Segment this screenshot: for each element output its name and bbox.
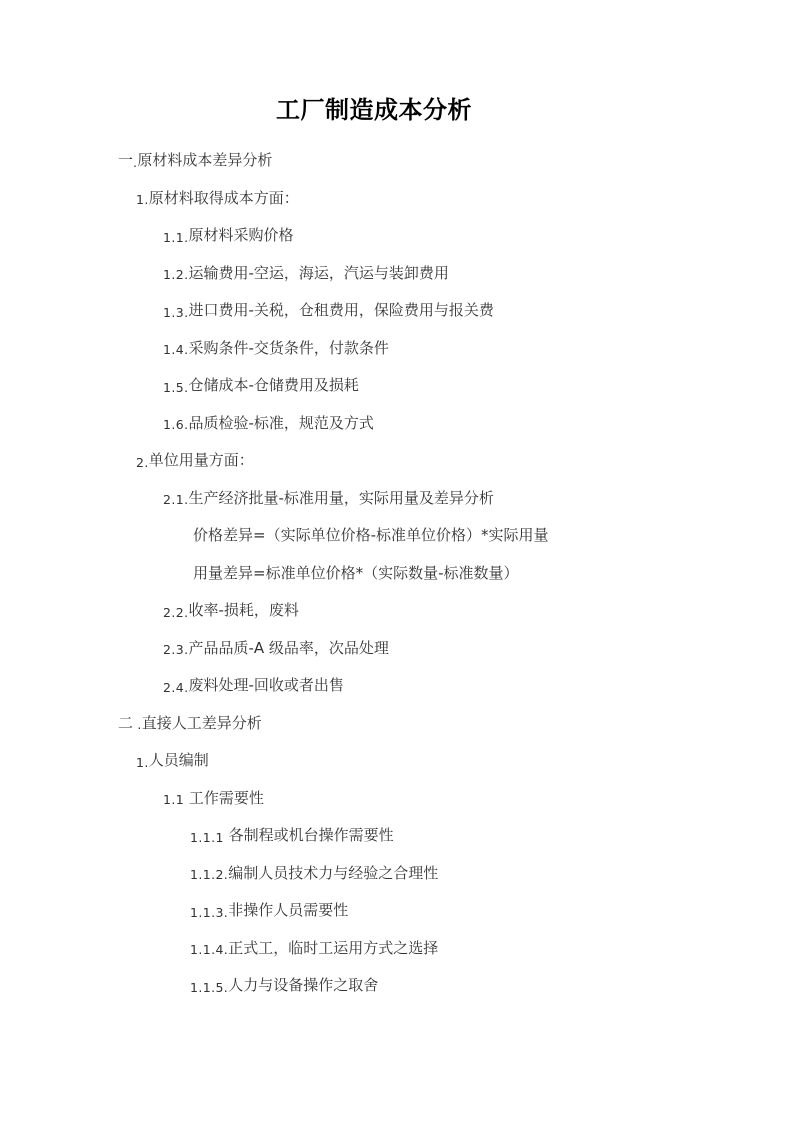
item-text: 非操作人员需要性 bbox=[228, 901, 348, 919]
item-number: 1.1.3. bbox=[190, 905, 228, 920]
outline-item: 2.4.废料处理-回收或者出售 bbox=[163, 677, 344, 694]
item-text: 编制人员技术力与经验之合理性 bbox=[228, 864, 438, 882]
item-text: 用量差异=标准单位价格*（实际数量-标准数量） bbox=[193, 564, 518, 582]
item-text: 工作需要性 bbox=[184, 789, 264, 807]
item-number: 1.1.4. bbox=[190, 942, 228, 957]
item-number: . bbox=[133, 717, 142, 732]
item-text: 人力与设备操作之取舍 bbox=[228, 976, 378, 994]
item-number: 1. bbox=[136, 755, 149, 770]
item-number: 1.3. bbox=[163, 305, 188, 320]
item-number: . bbox=[133, 155, 137, 170]
item-number: 1.1.1 bbox=[190, 830, 224, 845]
item-number: 2.2. bbox=[163, 605, 188, 620]
item-text: 原材料成本差异分析 bbox=[137, 151, 272, 169]
item-number: 1.1.2. bbox=[190, 867, 228, 882]
item-text: 价格差异=（实际单位价格-标准单位价格）*实际用量 bbox=[193, 526, 548, 544]
item-number-cjk: 二 bbox=[118, 714, 133, 732]
item-number: 2.4. bbox=[163, 680, 188, 695]
item-text: 进口费用-关税，仓租费用，保险费用与报关费 bbox=[188, 301, 493, 319]
outline-item: 1.5.仓储成本-仓储费用及损耗 bbox=[163, 377, 359, 394]
outline-item: 二 .直接人工差异分析 bbox=[118, 715, 262, 732]
outline-item: 2.3.产品品质-A 级品率，次品处理 bbox=[163, 640, 389, 657]
item-number: 2. bbox=[136, 455, 149, 470]
outline-item: 1.6.品质检验-标准，规范及方式 bbox=[163, 415, 374, 432]
item-number: 1.1 bbox=[163, 792, 184, 807]
item-text: 原材料采购价格 bbox=[188, 226, 293, 244]
item-text: 生产经济批量-标准用量，实际用量及差异分析 bbox=[188, 489, 493, 507]
formula-line: 用量差异=标准单位价格*（实际数量-标准数量） bbox=[193, 565, 518, 582]
item-text: 品质检验-标准，规范及方式 bbox=[188, 414, 373, 432]
item-text: 产品品质-A 级品率，次品处理 bbox=[188, 639, 388, 657]
outline-item: 2.单位用量方面： bbox=[136, 452, 254, 469]
item-number: 2.3. bbox=[163, 642, 188, 657]
item-text: 人员编制 bbox=[149, 751, 209, 769]
item-text: 废料处理-回收或者出售 bbox=[188, 676, 343, 694]
item-text: 采购条件-交货条件，付款条件 bbox=[188, 339, 388, 357]
document-page: 工厂制造成本分析 一.原材料成本差异分析1.原材料取得成本方面：1.1.原材料采… bbox=[0, 0, 794, 1123]
item-text: 单位用量方面： bbox=[149, 451, 254, 469]
item-text: 原材料取得成本方面： bbox=[149, 189, 299, 207]
outline-item: 1.1 工作需要性 bbox=[163, 790, 264, 807]
item-text: 直接人工差异分析 bbox=[142, 714, 262, 732]
outline-item: 1.1.3.非操作人员需要性 bbox=[190, 902, 348, 919]
item-number: 1.4. bbox=[163, 342, 188, 357]
formula-line: 价格差异=（实际单位价格-标准单位价格）*实际用量 bbox=[193, 527, 548, 544]
item-text: 运输费用-空运，海运，汽运与装卸费用 bbox=[188, 264, 448, 282]
item-number: 1.2. bbox=[163, 267, 188, 282]
item-number: 1.6. bbox=[163, 417, 188, 432]
outline-item: 一.原材料成本差异分析 bbox=[118, 152, 272, 169]
outline-item: 1.2.运输费用-空运，海运，汽运与装卸费用 bbox=[163, 265, 449, 282]
item-number: 1.5. bbox=[163, 380, 188, 395]
outline-item: 2.2.收率-损耗，废料 bbox=[163, 602, 299, 619]
item-text: 仓储成本-仓储费用及损耗 bbox=[188, 376, 358, 394]
outline-item: 1.3.进口费用-关税，仓租费用，保险费用与报关费 bbox=[163, 302, 494, 319]
outline-item: 1.4.采购条件-交货条件，付款条件 bbox=[163, 340, 389, 357]
outline-item: 1.1.4.正式工，临时工运用方式之选择 bbox=[190, 940, 438, 957]
outline-item: 1.1.5.人力与设备操作之取舍 bbox=[190, 977, 378, 994]
item-number: 2.1. bbox=[163, 492, 188, 507]
item-text: 收率-损耗，废料 bbox=[188, 601, 298, 619]
outline-item: 2.1.生产经济批量-标准用量，实际用量及差异分析 bbox=[163, 490, 494, 507]
page-title: 工厂制造成本分析 bbox=[0, 97, 771, 124]
item-number: 1. bbox=[136, 192, 149, 207]
item-number: 1.1. bbox=[163, 230, 188, 245]
outline-item: 1.1.2.编制人员技术力与经验之合理性 bbox=[190, 865, 438, 882]
item-text: 各制程或机台操作需要性 bbox=[224, 826, 394, 844]
outline-item: 1.1.原材料采购价格 bbox=[163, 227, 293, 244]
outline-item: 1.原材料取得成本方面： bbox=[136, 190, 299, 207]
outline-item: 1.人员编制 bbox=[136, 752, 209, 769]
item-number: 1.1.5. bbox=[190, 980, 228, 995]
item-text: 正式工，临时工运用方式之选择 bbox=[228, 939, 438, 957]
outline-item: 1.1.1 各制程或机台操作需要性 bbox=[190, 827, 394, 844]
item-number-cjk: 一 bbox=[118, 151, 133, 169]
